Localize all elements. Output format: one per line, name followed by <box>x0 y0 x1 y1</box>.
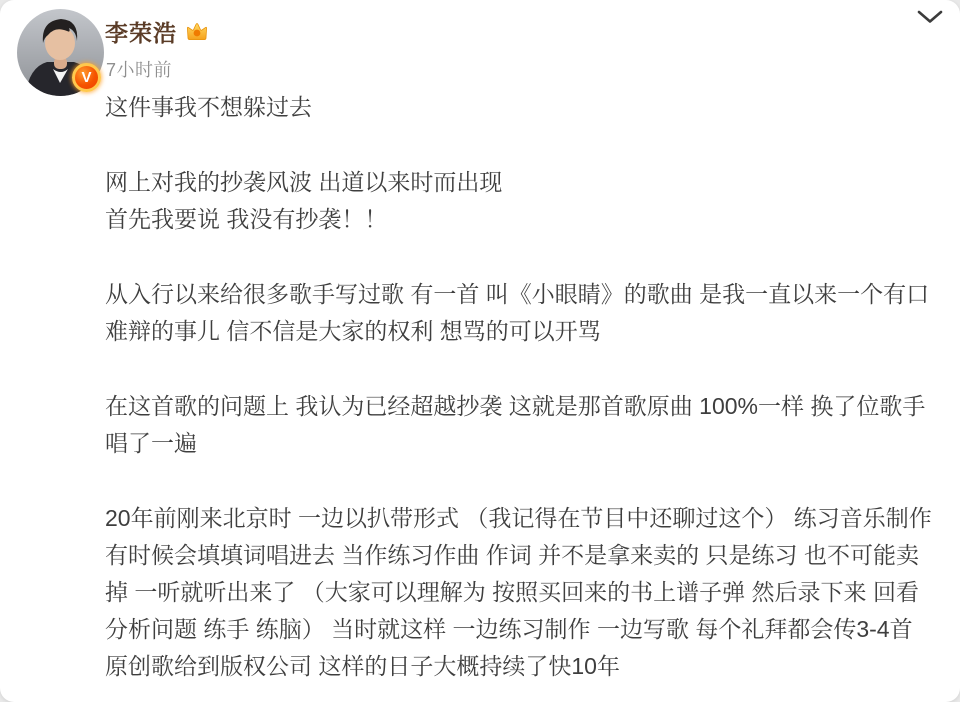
verified-badge-icon: V <box>72 63 101 92</box>
post-paragraph: 网上对我的抄袭风波 出道以来时而出现 首先我要说 我没有抄袭！！ <box>105 164 947 238</box>
weibo-post-card: V 李荣浩 7小时前 这件事我不想躲过去网上对我的抄袭风波 出道以来时而出现 首… <box>0 0 960 702</box>
vip-crown-icon <box>186 21 208 42</box>
chevron-down-icon[interactable] <box>916 9 944 25</box>
username[interactable]: 李荣浩 <box>105 15 177 48</box>
post-paragraph: 从入行以来给很多歌手写过歌 有一首 叫《小眼睛》的歌曲 是我一直以来一个有口 难… <box>105 276 947 350</box>
timestamp[interactable]: 7小时前 <box>106 56 172 82</box>
post-paragraph: 这件事我不想躲过去 <box>105 89 947 126</box>
post-paragraph: 在这首歌的问题上 我认为已经超越抄袭 这就是那首歌原曲 100%一样 换了位歌手… <box>105 388 947 462</box>
post-content: 这件事我不想躲过去网上对我的抄袭风波 出道以来时而出现 首先我要说 我没有抄袭！… <box>105 89 947 685</box>
avatar[interactable]: V <box>17 9 104 96</box>
post-paragraph: 20年前刚来北京时 一边以扒带形式 （我记得在节目中还聊过这个） 练习音乐制作 … <box>105 500 947 685</box>
